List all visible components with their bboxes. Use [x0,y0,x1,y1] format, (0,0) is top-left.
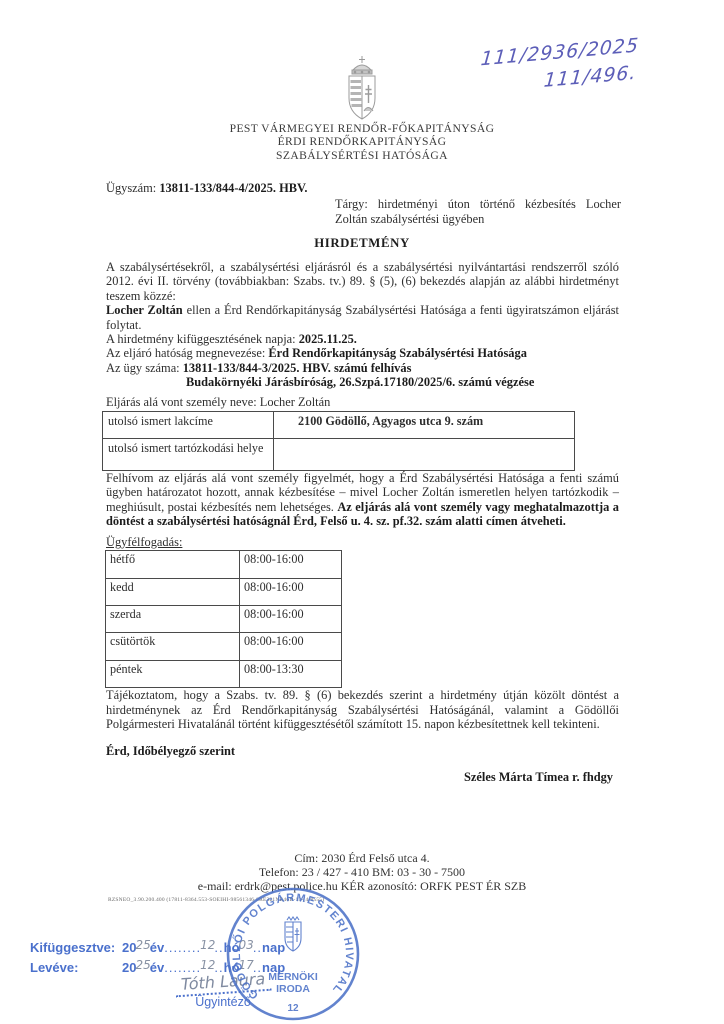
subject-block: Tárgy: hirdetményi úton történő kézbesít… [335,197,621,226]
footer-address: Cím: 2030 Érd Felső utca 4. [0,851,724,865]
court-ruling-line: Budakörnyéki Járásbíróság, 26.Szpá.17180… [106,375,619,389]
day-cell: péntek [106,660,240,687]
address-row-label: utolsó ismert lakcíme [103,412,274,439]
table-row: utolsó ismert tartózkodási helye [103,439,575,471]
case-ref-label: Az ügy száma: [106,361,183,375]
handwritten-case-numbers: 111/2936/2025 111/496. [466,32,640,101]
stamp-outer-ring [228,889,358,1019]
person-line: Eljárás alá vont személy neve: Locher Zo… [106,395,619,409]
posting-date-value: 2025.11.25. [299,332,357,346]
person-name: Locher Zoltán [260,395,331,409]
closing-place-line: Érd, Időbélyegző szerint [106,744,619,758]
org-name-line1: PEST VÁRMEGYEI RENDŐR-FŐKAPITÁNYSÁG [0,122,724,135]
address-table: utolsó ismert lakcíme 2100 Gödöllő, Agya… [102,411,575,471]
table-row: hétfő08:00-16:00 [106,551,342,578]
signer-name: Széles Márta Tímea r. fhdgy [106,770,619,784]
paragraph-proceeding: Locher Zoltán ellen a Érd Rendőrkapitány… [106,303,619,332]
document-title: HIRDETMÉNY [0,236,724,251]
posting-date-line: A hirdetmény kifüggesztésének napja: 202… [106,332,619,346]
footer-email: e-mail: erdrk@pest.police.hu KÉR azonosí… [0,879,724,893]
day-cell: csütörtök [106,633,240,660]
paragraph-notice: Felhívom az eljárás alá vont személy fig… [106,471,619,529]
table-row: kedd08:00-16:00 [106,578,342,605]
table-row: szerda08:00-16:00 [106,605,342,632]
hours-cell: 08:00-16:00 [240,551,342,578]
handwritten-month: 12 [200,958,215,972]
address-row-value [274,439,575,471]
case-number-value: 13811-133/844-4/2025. HBV. [159,181,307,195]
day-cell: kedd [106,578,240,605]
ev-label: év [150,940,164,955]
paragraph-legal-basis: A szabálysértésekről, a szabálysértési e… [106,260,619,303]
case-ref-value: 13811-133/844-3/2025. HBV. számú felhívá… [183,361,412,375]
stamp-coat-of-arms-icon [285,917,301,951]
case-number-label: Ügyszám: [106,181,159,195]
handwritten-year: 25 [135,958,150,972]
table-row: utolsó ismert lakcíme 2100 Gödöllő, Agya… [103,412,575,439]
letterhead: PEST VÁRMEGYEI RENDŐR-FŐKAPITÁNYSÁG ÉRDI… [0,122,724,162]
day-cell: hétfő [106,551,240,578]
dotted-leader: .. [214,940,223,955]
person-name-bold: Locher Zoltán [106,303,183,317]
posting-date-label: A hirdetmény kifüggesztésének napja: [106,332,299,346]
person-label: Eljárás alá vont személy neve: [106,395,260,409]
case-number-line: Ügyszám: 13811-133/844-4/2025. HBV. [106,181,307,196]
address-row-value: 2100 Gödöllő, Agyagos utca 9. szám [274,412,575,439]
org-name-line3: SZABÁLYSÉRTÉSI HATÓSÁGA [0,149,724,162]
footer-phone: Telefon: 23 / 427 - 410 BM: 03 - 30 - 75… [0,865,724,879]
org-name-line2: ÉRDI RENDŐRKAPITÁNYSÁG [0,135,724,148]
table-row: csütörtök08:00-16:00 [106,633,342,660]
hours-cell: 08:00-16:00 [240,605,342,632]
removed-label: Levéve: [30,958,122,978]
hours-cell: 08:00-16:00 [240,578,342,605]
authority-label: Az eljáró hatóság megnevezése: [106,346,268,360]
footer-contact: Cím: 2030 Érd Felső utca 4. Telefon: 23 … [0,851,724,893]
round-stamp: GÖDÖLLŐI POLGÁRMESTERI HIVATAL MÉRNÖKI I… [224,884,362,1024]
posted-label: Kifüggesztve: [30,938,122,958]
stamp-office-line2: IRODA [276,983,310,995]
dotted-leader: ........ [164,940,201,955]
hours-cell: 08:00-13:30 [240,660,342,687]
day-cell: szerda [106,605,240,632]
case-ref-line: Az ügy száma: 13811-133/844-3/2025. HBV.… [106,361,619,375]
table-row: péntek08:00-13:30 [106,660,342,687]
paragraph-information: Tájékoztatom, hogy a Szabs. tv. 89. § (6… [106,688,619,731]
document-body: A szabálysértésekről, a szabálysértési e… [106,260,619,784]
stamp-office-line1: MÉRNÖKI [268,970,318,983]
office-hours-title: Ügyfélfogadás: [106,535,619,549]
stamp-number: 12 [287,1003,299,1014]
authority-value: Érd Rendőrkapitányság Szabálysértési Hat… [268,346,527,360]
hungarian-coat-of-arms-icon [341,55,383,121]
hours-cell: 08:00-16:00 [240,633,342,660]
address-row-label: utolsó ismert tartózkodási helye [103,439,274,471]
handwritten-year: 25 [135,938,150,952]
office-hours-table: hétfő08:00-16:00 kedd08:00-16:00 szerda0… [105,550,342,688]
handwritten-month: 12 [200,938,215,952]
document-page: 111/2936/2025 111/496. PEST VÁRMEGYEI RE… [0,0,724,1024]
authority-line: Az eljáró hatóság megnevezése: Érd Rendő… [106,346,619,360]
paragraph-proceeding-rest: ellen a Érd Rendőrkapitányság Szabálysér… [106,303,619,331]
